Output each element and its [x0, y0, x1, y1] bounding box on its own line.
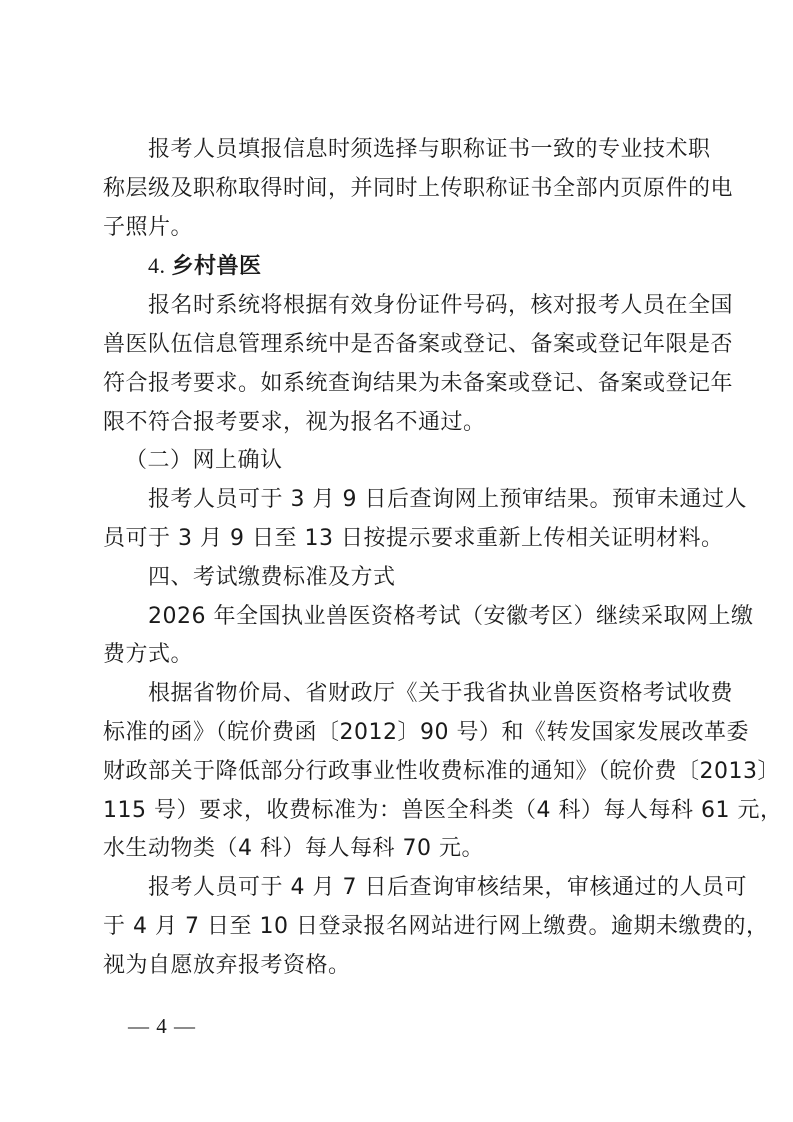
- paragraph-fee-standard: 根据省物价局、省财政厅《关于我省执业兽医资格考试收费 标准的函》（皖价费函〔20…: [103, 675, 693, 869]
- paragraph-payment-method: 2026 年全国执业兽医资格考试（安徽考区）继续采取网上缴 费方式。: [103, 598, 693, 676]
- text-line: 报考人员填报信息时须选择与职称证书一致的专业技术职: [103, 131, 693, 170]
- paragraph-payment-deadline: 报考人员可于 4 月 7 日后查询审核结果，审核通过的人员可 于 4 月 7 日…: [103, 869, 693, 985]
- section-heading-line: 四、考试缴费标准及方式: [103, 559, 693, 598]
- subheading-line: （二）网上确认: [103, 442, 693, 481]
- section-heading-fees: 四、考试缴费标准及方式: [103, 559, 693, 598]
- heading-number: 4.: [148, 253, 166, 278]
- text-line: 员可于 3 月 9 日至 13 日按提示要求重新上传相关证明材料。: [103, 520, 693, 559]
- text-line: 根据省物价局、省财政厅《关于我省执业兽医资格考试收费: [103, 675, 693, 714]
- heading-line: 4.乡村兽医: [103, 247, 693, 287]
- text-line: 2026 年全国执业兽医资格考试（安徽考区）继续采取网上缴: [103, 598, 693, 637]
- paragraph-title-certificate: 报考人员填报信息时须选择与职称证书一致的专业技术职 称层级及职称取得时间，并同时…: [103, 131, 693, 247]
- paragraph-online-confirm: 报考人员可于 3 月 9 日后查询网上预审结果。预审未通过人 员可于 3 月 9…: [103, 481, 693, 559]
- text-line: 于 4 月 7 日至 10 日登录报名网站进行网上缴费。逾期未缴费的，: [103, 908, 693, 947]
- text-line: 符合报考要求。如系统查询结果为未备案或登记、备案或登记年: [103, 365, 693, 404]
- text-line: 称层级及职称取得时间，并同时上传职称证书全部内页原件的电: [103, 170, 693, 209]
- text-line: 子照片。: [103, 209, 693, 248]
- text-line: 标准的函》（皖价费函〔2012〕90 号）和《转发国家发展改革委: [103, 714, 693, 753]
- text-line: 限不符合报考要求，视为报名不通过。: [103, 404, 693, 443]
- paragraph-rural-vet: 报名时系统将根据有效身份证件号码，核对报考人员在全国 兽医队伍信息管理系统中是否…: [103, 287, 693, 442]
- text-line: 水生动物类（4 科）每人每科 70 元。: [103, 830, 693, 869]
- text-line: 报考人员可于 4 月 7 日后查询审核结果，审核通过的人员可: [103, 869, 693, 908]
- text-line: 费方式。: [103, 636, 693, 675]
- heading-text: 乡村兽医: [172, 254, 262, 279]
- page-number: — 4 —: [128, 1012, 196, 1040]
- document-page: 报考人员填报信息时须选择与职称证书一致的专业技术职 称层级及职称取得时间，并同时…: [103, 131, 693, 986]
- text-line: 报考人员可于 3 月 9 日后查询网上预审结果。预审未通过人: [103, 481, 693, 520]
- subheading-online-confirm: （二）网上确认: [103, 442, 693, 481]
- text-line: 财政部关于降低部分行政事业性收费标准的通知》（皖价费〔2013〕: [103, 753, 693, 792]
- text-line: 报名时系统将根据有效身份证件号码，核对报考人员在全国: [103, 287, 693, 326]
- text-line: 115 号）要求，收费标准为：兽医全科类（4 科）每人每科 61 元，: [103, 792, 693, 831]
- text-line: 兽医队伍信息管理系统中是否备案或登记、备案或登记年限是否: [103, 326, 693, 365]
- heading-rural-vet: 4.乡村兽医: [103, 247, 693, 287]
- text-line: 视为自愿放弃报考资格。: [103, 947, 693, 986]
